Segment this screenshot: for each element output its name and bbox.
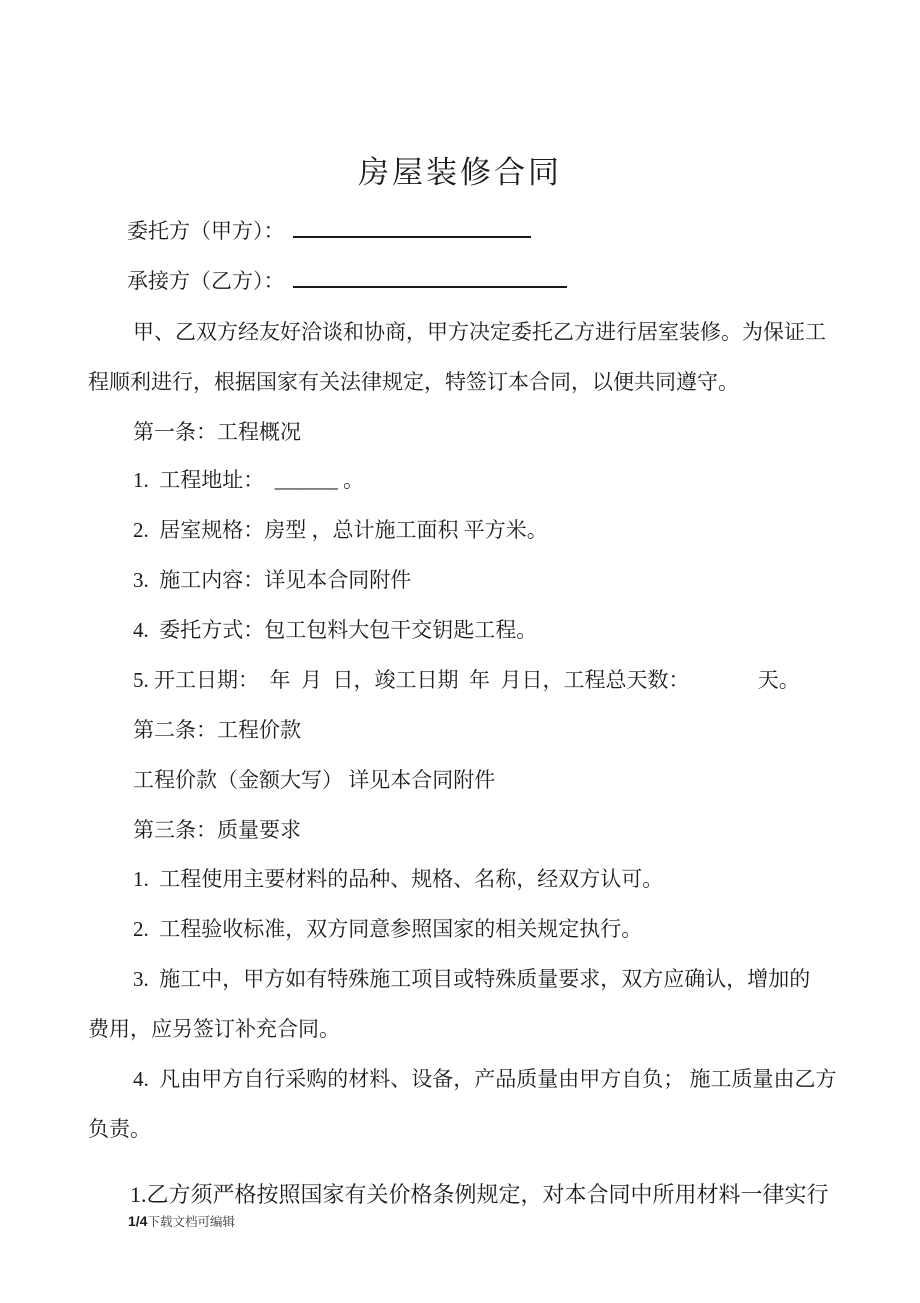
section3-item-2: 2. 工程验收标准，双方同意参照国家的相关规定执行。 [133,914,642,944]
section1-item-2: 2. 居室规格：房型 ，总计施工面积 平方米。 [133,515,548,545]
section2-heading: 第二条：工程价款 [133,715,301,745]
intro-paragraph-line1: 甲、乙双方经友好洽谈和协商，甲方决定委托乙方进行居室装修。为保证工 [133,317,826,347]
page-footer: 1/4下载文档可编辑 [128,1212,235,1231]
party-b-blank-line [293,264,567,288]
closing-clause-line: 1.乙方须严格按照国家有关价格条例规定，对本合同中所用材料一律实行 [130,1180,829,1210]
section1-item-5: 5. 开工日期： 年 月 日，竣工日期 年 月日，工程总天数： 天。 [133,665,800,695]
section1-heading: 第一条：工程概况 [133,417,301,447]
page-number: 1/4 [128,1213,147,1229]
section1-item-3: 3. 施工内容：详见本合同附件 [133,565,411,595]
section3-item-3-continued: 费用，应另签订补充合同。 [88,1014,340,1044]
section3-item-1: 1. 工程使用主要材料的品种、规格、名称，经双方认可。 [133,864,663,894]
party-b-line: 承接方（乙方）： [127,264,567,296]
section2-body: 工程价款（金额大写） 详见本合同附件 [133,765,495,795]
party-a-line: 委托方（甲方）： [127,214,531,246]
section1-item-4: 4. 委托方式：包工包料大包干交钥匙工程。 [133,615,537,645]
contract-document-page: 房屋装修合同 委托方（甲方）： 承接方（乙方）： 甲、乙双方经友好洽谈和协商，甲… [0,0,920,1303]
section3-heading: 第三条：质量要求 [133,815,301,845]
party-a-blank-line [293,214,531,238]
party-a-label: 委托方（甲方）： [127,219,285,243]
section3-item-4: 4. 凡由甲方自行采购的材料、设备，产品质量由甲方自负； 施工质量由乙方 [133,1064,837,1094]
party-b-label: 承接方（乙方）： [127,269,285,293]
intro-paragraph-line2: 程顺利进行，根据国家有关法律规定，特签订本合同，以便共同遵守。 [88,367,739,397]
section1-item-1: 1. 工程地址： ______ 。 [133,465,364,495]
section3-item-3: 3. 施工中，甲方如有特殊施工项目或特殊质量要求，双方应确认，增加的 [133,964,810,994]
section3-item-4-continued: 负责。 [88,1114,151,1144]
footer-note: 下载文档可编辑 [147,1215,235,1229]
document-title: 房屋装修合同 [0,150,920,196]
